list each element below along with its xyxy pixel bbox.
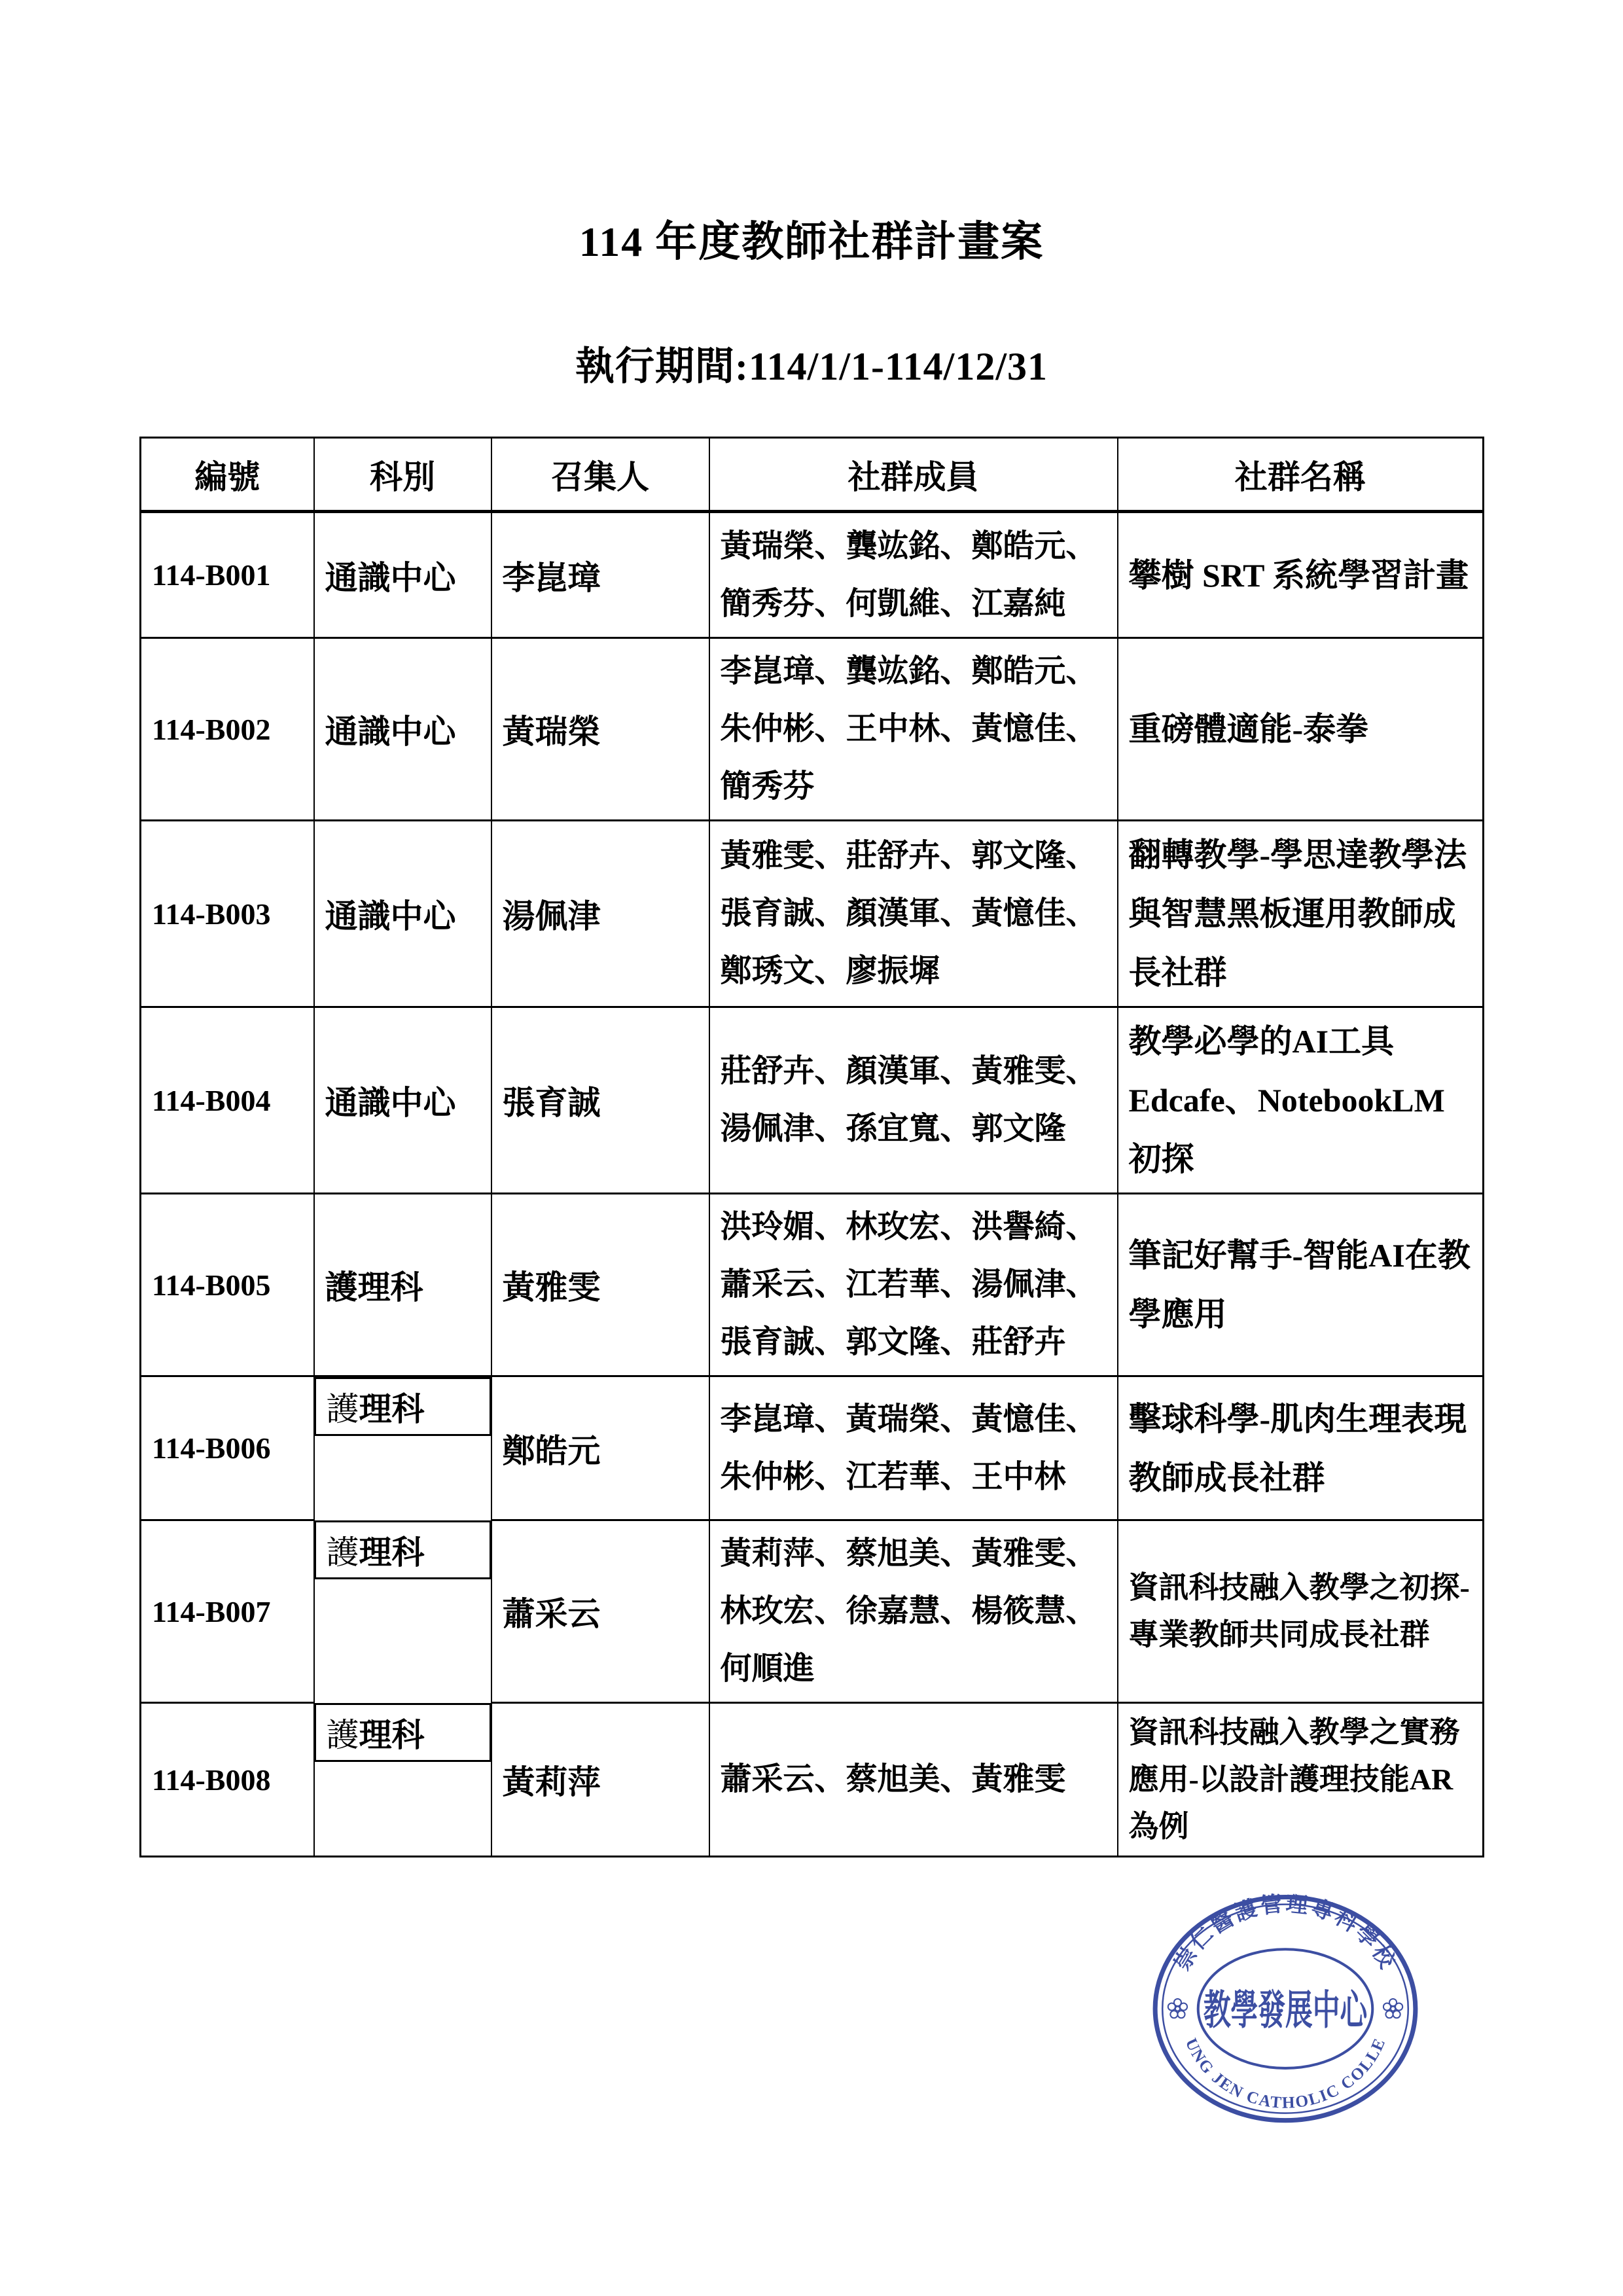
convener-cell: 黃莉萍 [491,1703,709,1857]
community-plan-table: 編號 科別 召集人 社群成員 社群名稱 114-B001 通識中心 李崑璋 黃瑞… [139,437,1484,1857]
row-id-cell: 114-B007 [141,1520,314,1703]
convener-cell: 蕭采云 [491,1520,709,1703]
table-row: 114-B001 通識中心 李崑璋 黃瑞榮、龔竑銘、鄭皓元、簡秀芬、何凱維、江嘉… [141,512,1484,638]
header-department: 科別 [314,438,491,512]
members-cell: 洪玲媚、林玫宏、洪譽綺、蕭采云、江若華、湯佩津、張育誠、郭文隆、莊舒卉 [709,1194,1118,1376]
table-row: 114-B003 通識中心 湯佩津 黃雅雯、莊舒卉、郭文隆、張育誠、顏漢軍、黃憶… [141,821,1484,1007]
department-cell: 護理科 [315,1377,491,1436]
header-id: 編號 [141,438,314,512]
community-name-cell: 翻轉教學-學思達教學法與智慧黑板運用教師成長社群 [1118,821,1484,1007]
row-id-cell: 114-B003 [141,821,314,1007]
members-cell: 黃瑞榮、龔竑銘、鄭皓元、簡秀芬、何凱維、江嘉純 [709,512,1118,638]
members-cell: 黃雅雯、莊舒卉、郭文隆、張育誠、顏漢軍、黃憶佳、鄭琇文、廖振墀 [709,821,1118,1007]
department-cell: 護理科 [314,1194,491,1376]
convener-cell: 黃雅雯 [491,1194,709,1376]
department-cell: 通識中心 [314,638,491,821]
row-id-cell: 114-B004 [141,1007,314,1194]
community-name-cell: 重磅體適能-泰拳 [1118,638,1484,821]
community-name-cell: 資訊科技融入教學之實務應用-以設計護理技能AR為例 [1118,1703,1484,1857]
convener-cell: 李崑璋 [491,512,709,638]
community-name-cell: 擊球科學-肌肉生理表現教師成長社群 [1118,1376,1484,1520]
department-cell: 護理科 [315,1520,491,1579]
table-row: 114-B006 護理科 鄭皓元 李崑璋、黃瑞榮、黃憶佳、朱仲彬、江若華、王中林… [141,1376,1484,1520]
table-row: 114-B005 護理科 黃雅雯 洪玲媚、林玫宏、洪譽綺、蕭采云、江若華、湯佩津… [141,1194,1484,1376]
document-page: 114 年度教師社群計畫案 執行期間:114/1/1-114/12/31 編號 … [0,0,1623,2296]
department-cell: 通識中心 [314,821,491,1007]
members-cell: 李崑璋、龔竑銘、鄭皓元、朱仲彬、王中林、黃憶佳、簡秀芬 [709,638,1118,821]
community-name-cell: 攀樹 SRT 系統學習計畫 [1118,512,1484,638]
header-community-name: 社群名稱 [1118,438,1484,512]
stamp-center-text: 教學發展中心 [1204,1987,1368,2033]
convener-cell: 張育誠 [491,1007,709,1194]
table-header-row: 編號 科別 召集人 社群成員 社群名稱 [141,438,1484,512]
row-id-cell: 114-B002 [141,638,314,821]
row-id-cell: 114-B005 [141,1194,314,1376]
department-cell: 護理科 [315,1703,491,1762]
members-cell: 蕭采云、蔡旭美、黃雅雯 [709,1703,1118,1857]
flower-icon [1383,1999,1402,2018]
header-convener: 召集人 [491,438,709,512]
row-id-cell: 114-B001 [141,512,314,638]
convener-cell: 湯佩津 [491,821,709,1007]
table-row: 114-B007 護理科 蕭采云 黃莉萍、蔡旭美、黃雅雯、林玫宏、徐嘉慧、楊筱慧… [141,1520,1484,1703]
members-cell: 莊舒卉、顏漢軍、黃雅雯、湯佩津、孫宜寬、郭文隆 [709,1007,1118,1194]
row-id-cell: 114-B008 [141,1703,314,1857]
members-cell: 李崑璋、黃瑞榮、黃憶佳、朱仲彬、江若華、王中林 [709,1376,1118,1520]
community-name-cell: 筆記好幫手-智能AI在教學應用 [1118,1194,1484,1376]
page-title: 114 年度教師社群計畫案 [0,208,1623,268]
header-members: 社群成員 [709,438,1118,512]
members-cell: 黃莉萍、蔡旭美、黃雅雯、林玫宏、徐嘉慧、楊筱慧、何順進 [709,1520,1118,1703]
department-cell: 通識中心 [314,512,491,638]
convener-cell: 黃瑞榮 [491,638,709,821]
flower-icon [1168,1999,1187,2018]
community-name-cell: 資訊科技融入教學之初探-專業教師共同成長社群 [1118,1520,1484,1703]
table-row: 114-B004 通識中心 張育誠 莊舒卉、顏漢軍、黃雅雯、湯佩津、孫宜寬、郭文… [141,1007,1484,1194]
community-name-cell: 教學必學的AI工具Edcafe、NotebookLM初探 [1118,1007,1484,1194]
convener-cell: 鄭皓元 [491,1376,709,1520]
table-row: 114-B008 護理科 黃莉萍 蕭采云、蔡旭美、黃雅雯 資訊科技融入教學之實務… [141,1703,1484,1857]
stamp-seal: 崇仁醫護管理專科學校 CHUNG JEN CATHOLIC COLLEGE 教學… [1147,1880,1424,2125]
table-row: 114-B002 通識中心 黃瑞榮 李崑璋、龔竑銘、鄭皓元、朱仲彬、王中林、黃憶… [141,638,1484,821]
department-cell: 通識中心 [314,1007,491,1194]
page-subtitle: 執行期間:114/1/1-114/12/31 [0,335,1623,391]
row-id-cell: 114-B006 [141,1376,314,1520]
